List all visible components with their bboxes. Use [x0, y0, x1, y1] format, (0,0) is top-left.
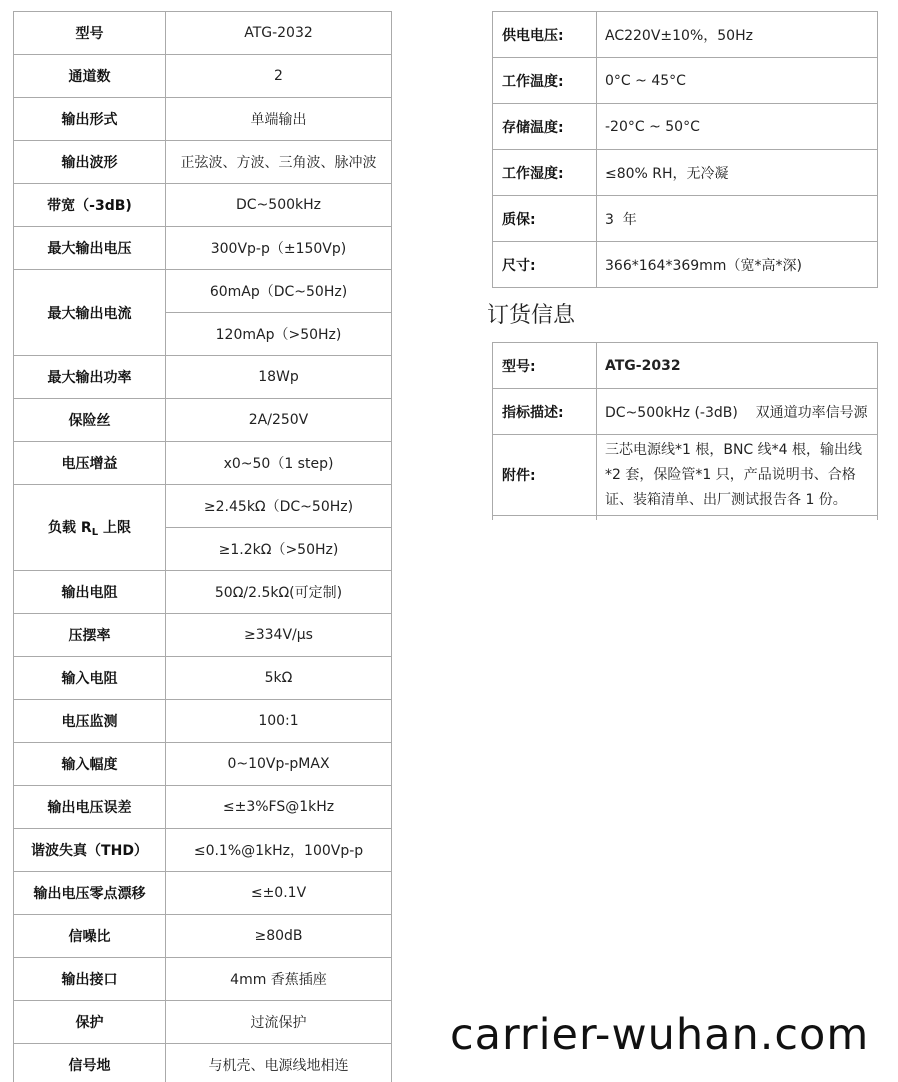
watermark: carrier-wuhan.com: [450, 1010, 869, 1060]
label-prefix: 负载 R: [48, 520, 92, 536]
spec-value: ≥334V/μs: [166, 614, 392, 657]
table-row: 谐波失真（THD） ≤0.1%@1kHz，100Vp-p: [14, 829, 392, 872]
env-label: 存储温度:: [493, 104, 597, 150]
table-row: 型号: ATG-2032: [493, 343, 878, 389]
spec-value: 120mAp（>50Hz): [166, 313, 392, 356]
spec-label: 保险丝: [14, 399, 166, 442]
spec-value: ≤±3%FS@1kHz: [166, 786, 392, 829]
table-row: 输入幅度 0~10Vp-pMAX: [14, 743, 392, 786]
spec-label: 输出电压零点漂移: [14, 872, 166, 915]
env-value: ≤80% RH，无冷凝: [597, 150, 878, 196]
table-row: 指标描述: DC~500kHz (-3dB) 双通道功率信号源: [493, 389, 878, 435]
table-row: 尺寸: 366*164*369mm（宽*高*深): [493, 242, 878, 288]
spec-value: ≥2.45kΩ（DC~50Hz): [166, 485, 392, 528]
spec-value: ≤±0.1V: [166, 872, 392, 915]
spec-label: 输出接口: [14, 958, 166, 1001]
table-row: 供电电压: AC220V±10%，50Hz: [493, 12, 878, 58]
env-value: AC220V±10%，50Hz: [597, 12, 878, 58]
spec-label: 带宽（-3dB): [14, 184, 166, 227]
spec-label: 输出电压误差: [14, 786, 166, 829]
spec-value: 2A/250V: [166, 399, 392, 442]
table-row: 压摆率 ≥334V/μs: [14, 614, 392, 657]
table-row: 电压监测 100:1: [14, 700, 392, 743]
table-row: 最大输出功率 18Wp: [14, 356, 392, 399]
env-value: 3 年: [597, 196, 878, 242]
spec-value: 正弦波、方波、三角波、脉冲波: [166, 141, 392, 184]
spec-label: 保护: [14, 1001, 166, 1044]
table-row: 工作湿度: ≤80% RH，无冷凝: [493, 150, 878, 196]
table-row: 输出电压误差 ≤±3%FS@1kHz: [14, 786, 392, 829]
table-row: 存储温度: -20°C ~ 50°C: [493, 104, 878, 150]
table-row: 最大输出电压 300Vp-p（±150Vp): [14, 227, 392, 270]
spec-value: ≥80dB: [166, 915, 392, 958]
spec-value: 单端输出: [166, 98, 392, 141]
spec-value: 50Ω/2.5kΩ(可定制): [166, 571, 392, 614]
table-row-stub: [493, 516, 878, 521]
table-row: 信号地 与机壳、电源线地相连: [14, 1044, 392, 1082]
spec-value: 18Wp: [166, 356, 392, 399]
spec-value: 4mm 香蕉插座: [166, 958, 392, 1001]
spec-label: 型号: [14, 12, 166, 55]
order-value: DC~500kHz (-3dB) 双通道功率信号源: [597, 389, 878, 435]
spec-value: 5kΩ: [166, 657, 392, 700]
environment-table: 供电电压: AC220V±10%，50Hz 工作温度: 0°C ~ 45°C 存…: [492, 11, 878, 288]
spec-value: 与机壳、电源线地相连: [166, 1044, 392, 1082]
spec-label: 输出波形: [14, 141, 166, 184]
table-row: 通道数 2: [14, 55, 392, 98]
table-row: 输出接口 4mm 香蕉插座: [14, 958, 392, 1001]
table-row: 工作温度: 0°C ~ 45°C: [493, 58, 878, 104]
spec-value: ATG-2032: [166, 12, 392, 55]
spec-label: 信号地: [14, 1044, 166, 1082]
order-info-heading: 订货信息: [487, 298, 575, 329]
table-row: 保险丝 2A/250V: [14, 399, 392, 442]
table-row: 输出形式 单端输出: [14, 98, 392, 141]
spec-label: 输入电阻: [14, 657, 166, 700]
env-value: -20°C ~ 50°C: [597, 104, 878, 150]
table-row: 型号 ATG-2032: [14, 12, 392, 55]
table-row: 输出波形 正弦波、方波、三角波、脉冲波: [14, 141, 392, 184]
table-row: 输出电压零点漂移 ≤±0.1V: [14, 872, 392, 915]
order-value: 三芯电源线*1 根，BNC 线*4 根，输出线*2 套，保险管*1 只，产品说明…: [597, 435, 878, 516]
spec-label-load: 负载 RL 上限: [14, 485, 166, 571]
spec-label: 输入幅度: [14, 743, 166, 786]
table-row: 输入电阻 5kΩ: [14, 657, 392, 700]
spec-label: 信噪比: [14, 915, 166, 958]
spec-label: 最大输出电压: [14, 227, 166, 270]
table-row: 最大输出电流 60mAp（DC~50Hz): [14, 270, 392, 313]
spec-value: DC~500kHz: [166, 184, 392, 227]
spec-value: ≤0.1%@1kHz，100Vp-p: [166, 829, 392, 872]
table-row: 保护 过流保护: [14, 1001, 392, 1044]
env-label: 质保:: [493, 196, 597, 242]
spec-label: 最大输出电流: [14, 270, 166, 356]
spec-value: 2: [166, 55, 392, 98]
spec-label: 压摆率: [14, 614, 166, 657]
order-label: 指标描述:: [493, 389, 597, 435]
table-row: 电压增益 x0~50（1 step): [14, 442, 392, 485]
env-value: 366*164*369mm（宽*高*深): [597, 242, 878, 288]
spec-label: 通道数: [14, 55, 166, 98]
spec-value: x0~50（1 step): [166, 442, 392, 485]
env-value: 0°C ~ 45°C: [597, 58, 878, 104]
spec-value: 60mAp（DC~50Hz): [166, 270, 392, 313]
spec-label: 输出电阻: [14, 571, 166, 614]
table-row: 信噪比 ≥80dB: [14, 915, 392, 958]
order-label: 附件:: [493, 435, 597, 516]
table-row: 输出电阻 50Ω/2.5kΩ(可定制): [14, 571, 392, 614]
env-label: 工作温度:: [493, 58, 597, 104]
spec-label: 输出形式: [14, 98, 166, 141]
env-label: 工作湿度:: [493, 150, 597, 196]
spec-label: 电压监测: [14, 700, 166, 743]
label-suffix: 上限: [98, 520, 131, 536]
spec-value: 100:1: [166, 700, 392, 743]
empty-cell: [493, 516, 597, 521]
order-value: ATG-2032: [597, 343, 878, 389]
env-label: 供电电压:: [493, 12, 597, 58]
table-row: 负载 RL 上限 ≥2.45kΩ（DC~50Hz): [14, 485, 392, 528]
spec-label: 最大输出功率: [14, 356, 166, 399]
table-row: 附件: 三芯电源线*1 根，BNC 线*4 根，输出线*2 套，保险管*1 只，…: [493, 435, 878, 516]
spec-value: ≥1.2kΩ（>50Hz): [166, 528, 392, 571]
spec-value: 0~10Vp-pMAX: [166, 743, 392, 786]
table-row: 质保: 3 年: [493, 196, 878, 242]
spec-label: 电压增益: [14, 442, 166, 485]
spec-label: 谐波失真（THD）: [14, 829, 166, 872]
spec-value: 300Vp-p（±150Vp): [166, 227, 392, 270]
empty-cell: [597, 516, 878, 521]
order-label: 型号:: [493, 343, 597, 389]
order-info-table: 型号: ATG-2032 指标描述: DC~500kHz (-3dB) 双通道功…: [492, 342, 878, 520]
spec-table: 型号 ATG-2032 通道数 2 输出形式 单端输出 输出波形 正弦波、方波、…: [13, 11, 392, 1082]
table-row: 带宽（-3dB) DC~500kHz: [14, 184, 392, 227]
spec-value: 过流保护: [166, 1001, 392, 1044]
env-label: 尺寸:: [493, 242, 597, 288]
